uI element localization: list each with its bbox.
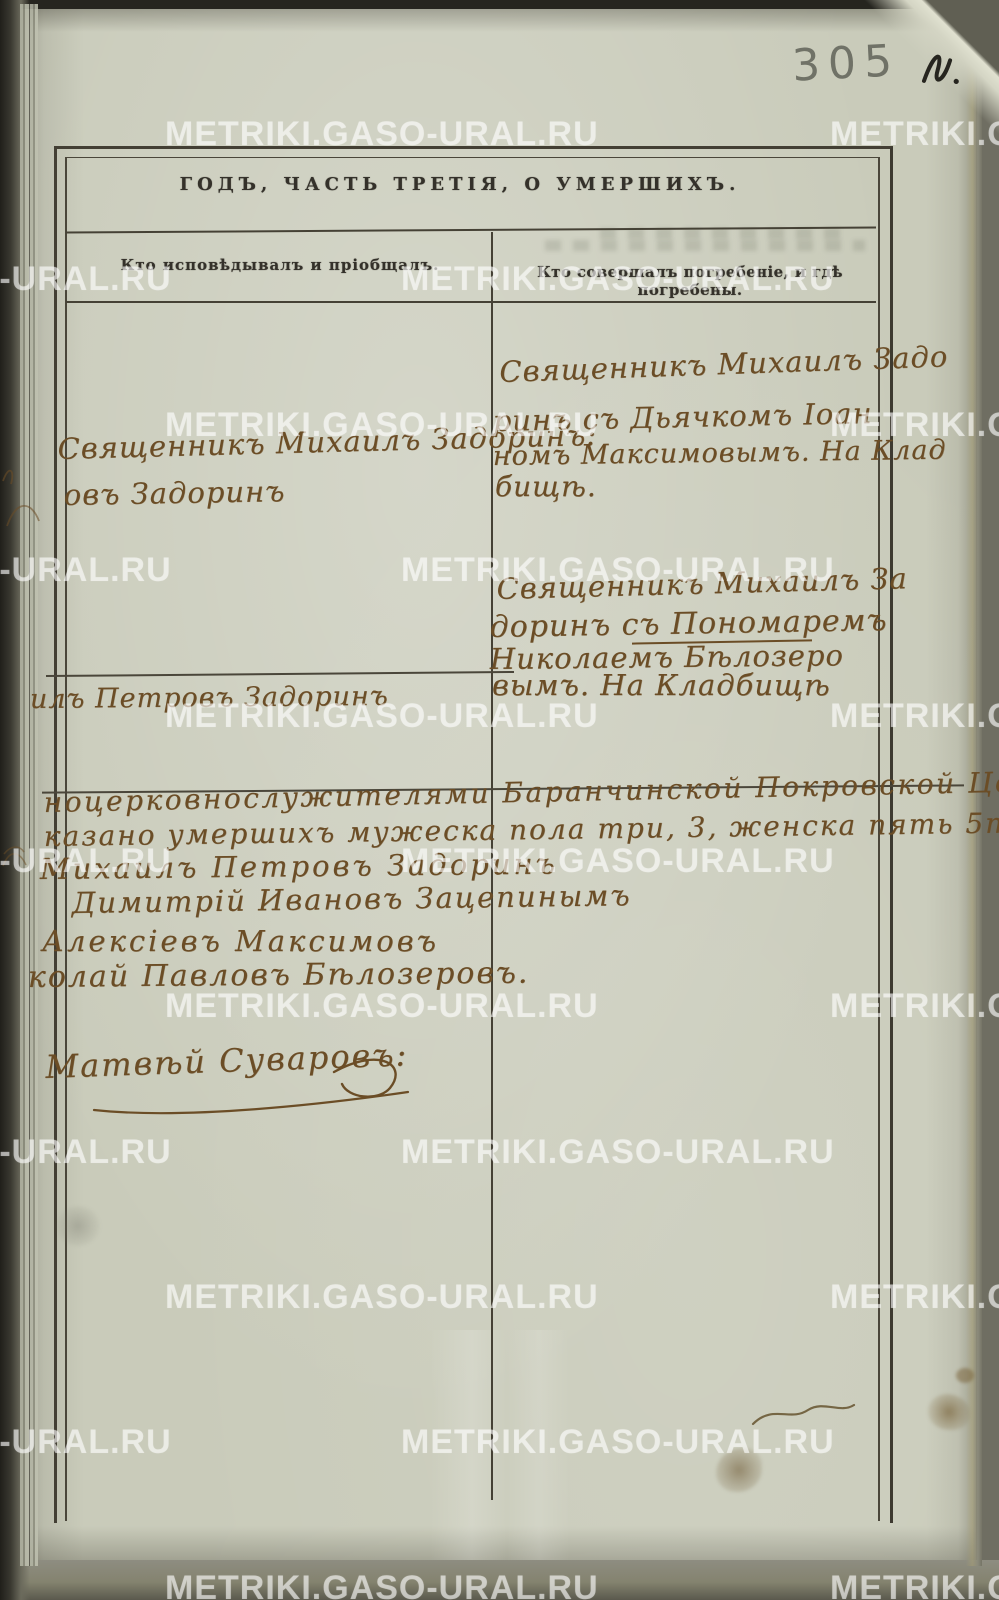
signature-flourish [36,1040,416,1125]
handwritten-line: бищѣ. [495,470,597,503]
stain [956,1368,974,1383]
margin-ink-fragment [2,490,44,532]
header-rule [66,301,876,303]
handwritten-line: илъ Петровъ Задоринъ [30,681,389,715]
handwritten-line: вымъ. На Кладбищѣ [492,668,831,702]
ink-bleed-through [545,240,865,251]
margin-ink-fragment [0,838,30,872]
summary-line: Алексіевъ Максимовъ [42,924,439,958]
scanned-register-page: 305 ГОДЪ, ЧАСТЬ ТРЕТІЯ, О УМЕРШИХЪ. Кто … [0,0,999,1600]
scan-bottom-edge [0,1560,999,1600]
page-stack-edges [20,4,38,1566]
stain [56,1206,100,1246]
register-title: ГОДЪ, ЧАСТЬ ТРЕТІЯ, О УМЕРШИХЪ. [90,174,830,195]
column-header-confession: Кто исповѣдывалъ и пріобщалъ. [100,256,460,274]
ink-bleed-through [600,228,850,239]
corner-ink-mark [915,38,980,98]
margin-ink-squiggle [748,1392,860,1434]
column-header-burial: Кто совершалъ погребеніе, и гдѣ погребен… [505,263,875,299]
stain [928,1394,970,1430]
page-number-pencil: 305 [791,35,902,92]
handwritten-line: номъ Максимовымъ. На Клад [493,435,947,472]
summary-line: колай Павловъ Бѣлозеровъ. [28,956,530,995]
handwritten-line: овъ Задоринъ [63,474,285,512]
margin-ink-fragment [0,455,22,487]
